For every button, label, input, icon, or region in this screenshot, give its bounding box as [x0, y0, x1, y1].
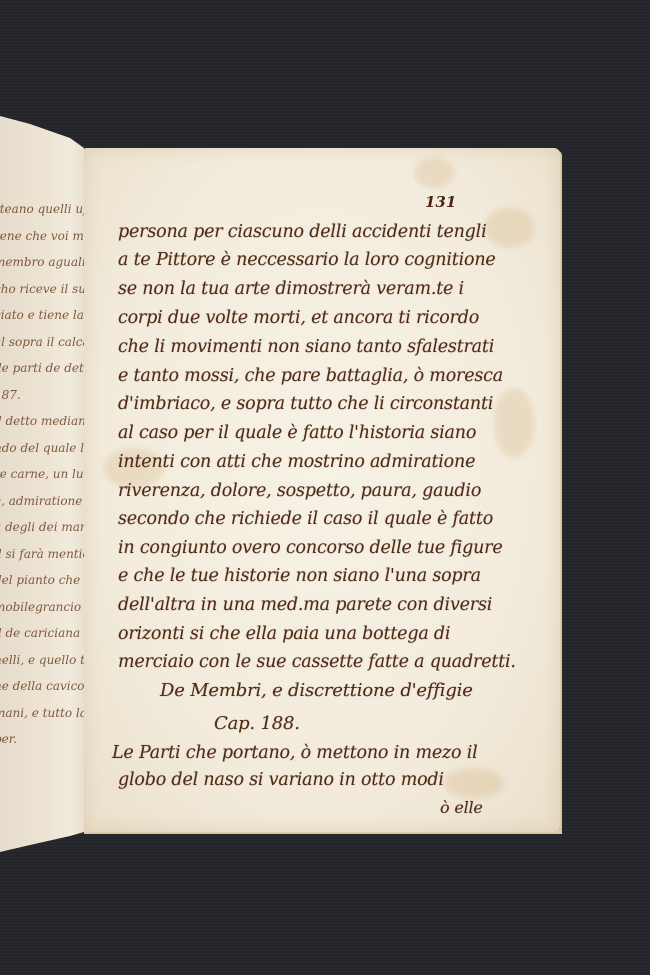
left-line: ne della cavicola	[0, 673, 86, 700]
left-line: 187.	[0, 382, 86, 409]
chapter-number: Cap. 188.	[214, 713, 300, 734]
left-line: il si farà mentione	[0, 541, 86, 568]
catchword: ò elle	[440, 798, 483, 817]
left-line: per.	[0, 726, 86, 753]
manuscript-line: riverenza, dolore, sospetto, paura, gaud…	[118, 481, 481, 501]
left-line: re carne, un lungo	[0, 461, 86, 488]
left-line: membro agualica mieq	[0, 249, 86, 276]
foxing-stain	[484, 208, 534, 248]
foxing-stain	[494, 388, 534, 458]
manuscript-line: d'imbriaco, e sopra tutto che li circons…	[118, 394, 493, 414]
left-line: lle parti de detto	[0, 355, 86, 382]
foxing-stain	[444, 768, 504, 798]
folio-number: 131	[425, 193, 456, 211]
left-line: d detto mediante il secondo	[0, 408, 86, 435]
manuscript-line: e tanto mossi, che pare battaglia, ò mor…	[118, 366, 503, 386]
section-heading: De Membri, e discrettione d'effigie	[160, 680, 473, 701]
manuscript-line: corpi due volte morti, et ancora ti rico…	[118, 308, 479, 328]
left-line: mobilegrancio esterno	[0, 594, 86, 621]
manuscript-line: orizonti si che ella paia una bottega di	[118, 624, 450, 644]
manuscript-line: e che le tue historie non siano l'una so…	[118, 566, 481, 586]
left-line: del pianto che sono ma	[0, 567, 86, 594]
manuscript-line: che li movimenti non siano tanto sfalest…	[118, 337, 494, 357]
manuscript-line: dell'altra in una med.ma parete con dive…	[118, 595, 492, 615]
manuscript-line: globo del naso si variano in otto modi	[118, 770, 444, 790]
manuscript-line: secondo che richiede il caso il quale è …	[118, 509, 493, 529]
foxing-stain	[414, 158, 454, 188]
left-line: ciato e tiene la sua selecta	[0, 302, 86, 329]
manuscript-line: al caso per il quale è fatto l'historia …	[118, 423, 476, 443]
left-line: rteano quelli ufficio al qu	[0, 196, 86, 223]
left-page-text: rteano quelli ufficio al qu rene che voi…	[0, 196, 86, 753]
manuscript-line: persona per ciascuno delli accidenti ten…	[118, 222, 486, 242]
left-page-fragment: rteano quelli ufficio al qu rene che voi…	[0, 0, 88, 975]
left-line: a degli dei martiri	[0, 514, 86, 541]
left-line: al sopra il calcagno	[0, 329, 86, 356]
left-line: rene che voi morti e	[0, 223, 86, 250]
manuscript-line: a te Pittore è neccessario la loro cogni…	[118, 250, 496, 270]
left-line: mani, e tutto la	[0, 700, 86, 727]
manuscript-line: intenti con atti che mostrino admiration…	[118, 452, 475, 472]
left-line: ndo del quale li quinti	[0, 435, 86, 462]
left-line: cho riceve il suo del	[0, 276, 86, 303]
manuscript-line: se non la tua arte dimostrerà veram.te i	[118, 279, 464, 299]
manuscript-line: in congiunto overo concorso delle tue fi…	[118, 538, 503, 558]
left-line: e, admiratione le sta	[0, 488, 86, 515]
left-line: il de cariciana nello	[0, 620, 86, 647]
manuscript-line: merciaio con le sue cassette fatte a qua…	[118, 652, 516, 672]
manuscript-line: Le Parti che portano, ò mettono in mezo …	[112, 743, 478, 763]
left-line: nelli, e quello tutti di:	[0, 647, 86, 674]
